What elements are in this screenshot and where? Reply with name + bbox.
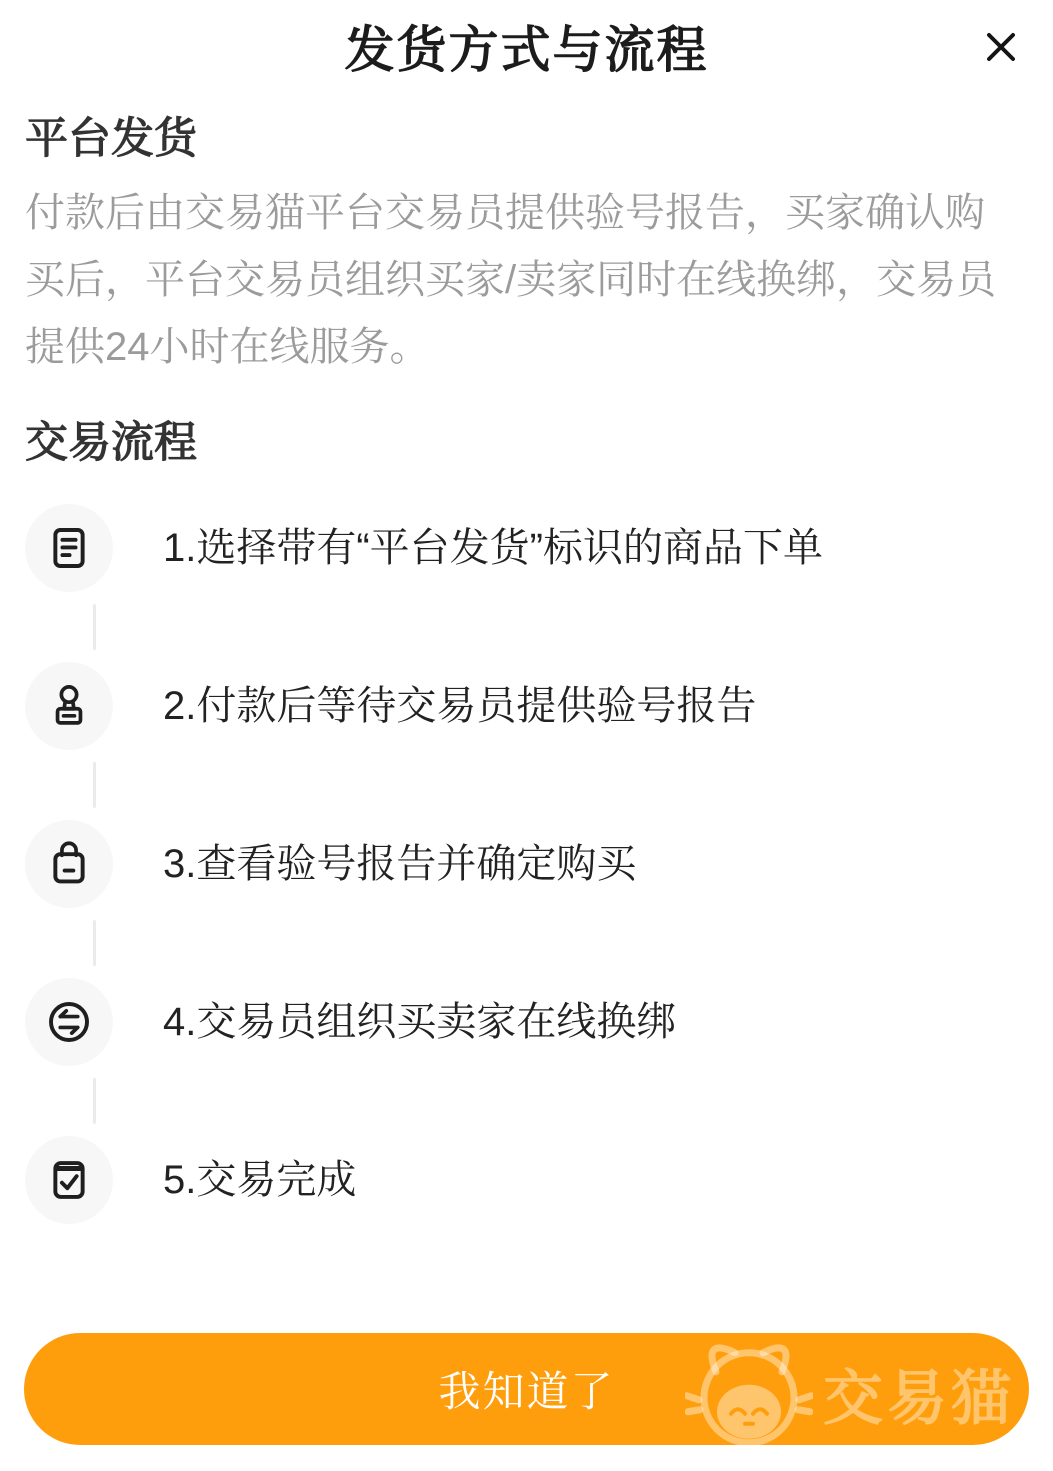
step-row-5: 5.交易完成 [25, 1136, 1028, 1224]
brand-watermark: 交易猫 [685, 1338, 1015, 1445]
step-label: 3.查看验号报告并确定购买 [163, 840, 636, 888]
shopping-bag-icon [45, 840, 93, 888]
step-3-badge [25, 820, 113, 908]
modal-content: 平台发货 付款后由交易猫平台交易员提供验号报告，买家确认购买后，平台交易员组织买… [0, 114, 1053, 1224]
modal-header: 发货方式与流程 [0, 0, 1053, 88]
step-4-badge [25, 978, 113, 1066]
step-row-3: 3.查看验号报告并确定购买 [25, 820, 1028, 908]
confirm-button-label: 我知道了 [438, 1359, 614, 1419]
step-row-4: 4.交易员组织买卖家在线换绑 [25, 978, 1028, 1066]
step-label: 2.付款后等待交易员提供验号报告 [163, 682, 756, 730]
confirm-button[interactable]: 我知道了 交易猫 [24, 1333, 1029, 1445]
step-2-badge [25, 662, 113, 750]
step-row-2: 2.付款后等待交易员提供验号报告 [25, 662, 1028, 750]
page-title: 发货方式与流程 [0, 22, 1053, 78]
step-1-badge [25, 504, 113, 592]
close-button[interactable] [971, 18, 1031, 78]
step-connector [93, 762, 96, 808]
swap-icon [45, 998, 93, 1046]
step-label: 5.交易完成 [163, 1156, 356, 1204]
step-row-1: 1.选择带有“平台发货”标识的商品下单 [25, 504, 1028, 592]
step-label: 1.选择带有“平台发货”标识的商品下单 [163, 524, 823, 572]
check-icon [45, 1156, 93, 1204]
platform-shipping-heading: 平台发货 [25, 114, 1028, 164]
step-connector [93, 604, 96, 650]
trade-process-heading: 交易流程 [25, 418, 1028, 468]
step-label: 4.交易员组织买卖家在线换绑 [163, 998, 676, 1046]
step-connector [93, 920, 96, 966]
platform-shipping-description: 付款后由交易猫平台交易员提供验号报告，买家确认购买后，平台交易员组织买家/卖家同… [25, 180, 1017, 381]
order-document-icon [45, 524, 93, 572]
brand-watermark-text: 交易猫 [823, 1369, 1015, 1429]
stamp-icon [45, 682, 93, 730]
close-icon [978, 24, 1024, 73]
step-5-badge [25, 1136, 113, 1224]
cat-mascot-icon [685, 1338, 813, 1445]
step-connector [93, 1078, 96, 1124]
trade-process-steps: 1.选择带有“平台发货”标识的商品下单 2.付款后等待交易员提供验号报告 [25, 504, 1028, 1224]
